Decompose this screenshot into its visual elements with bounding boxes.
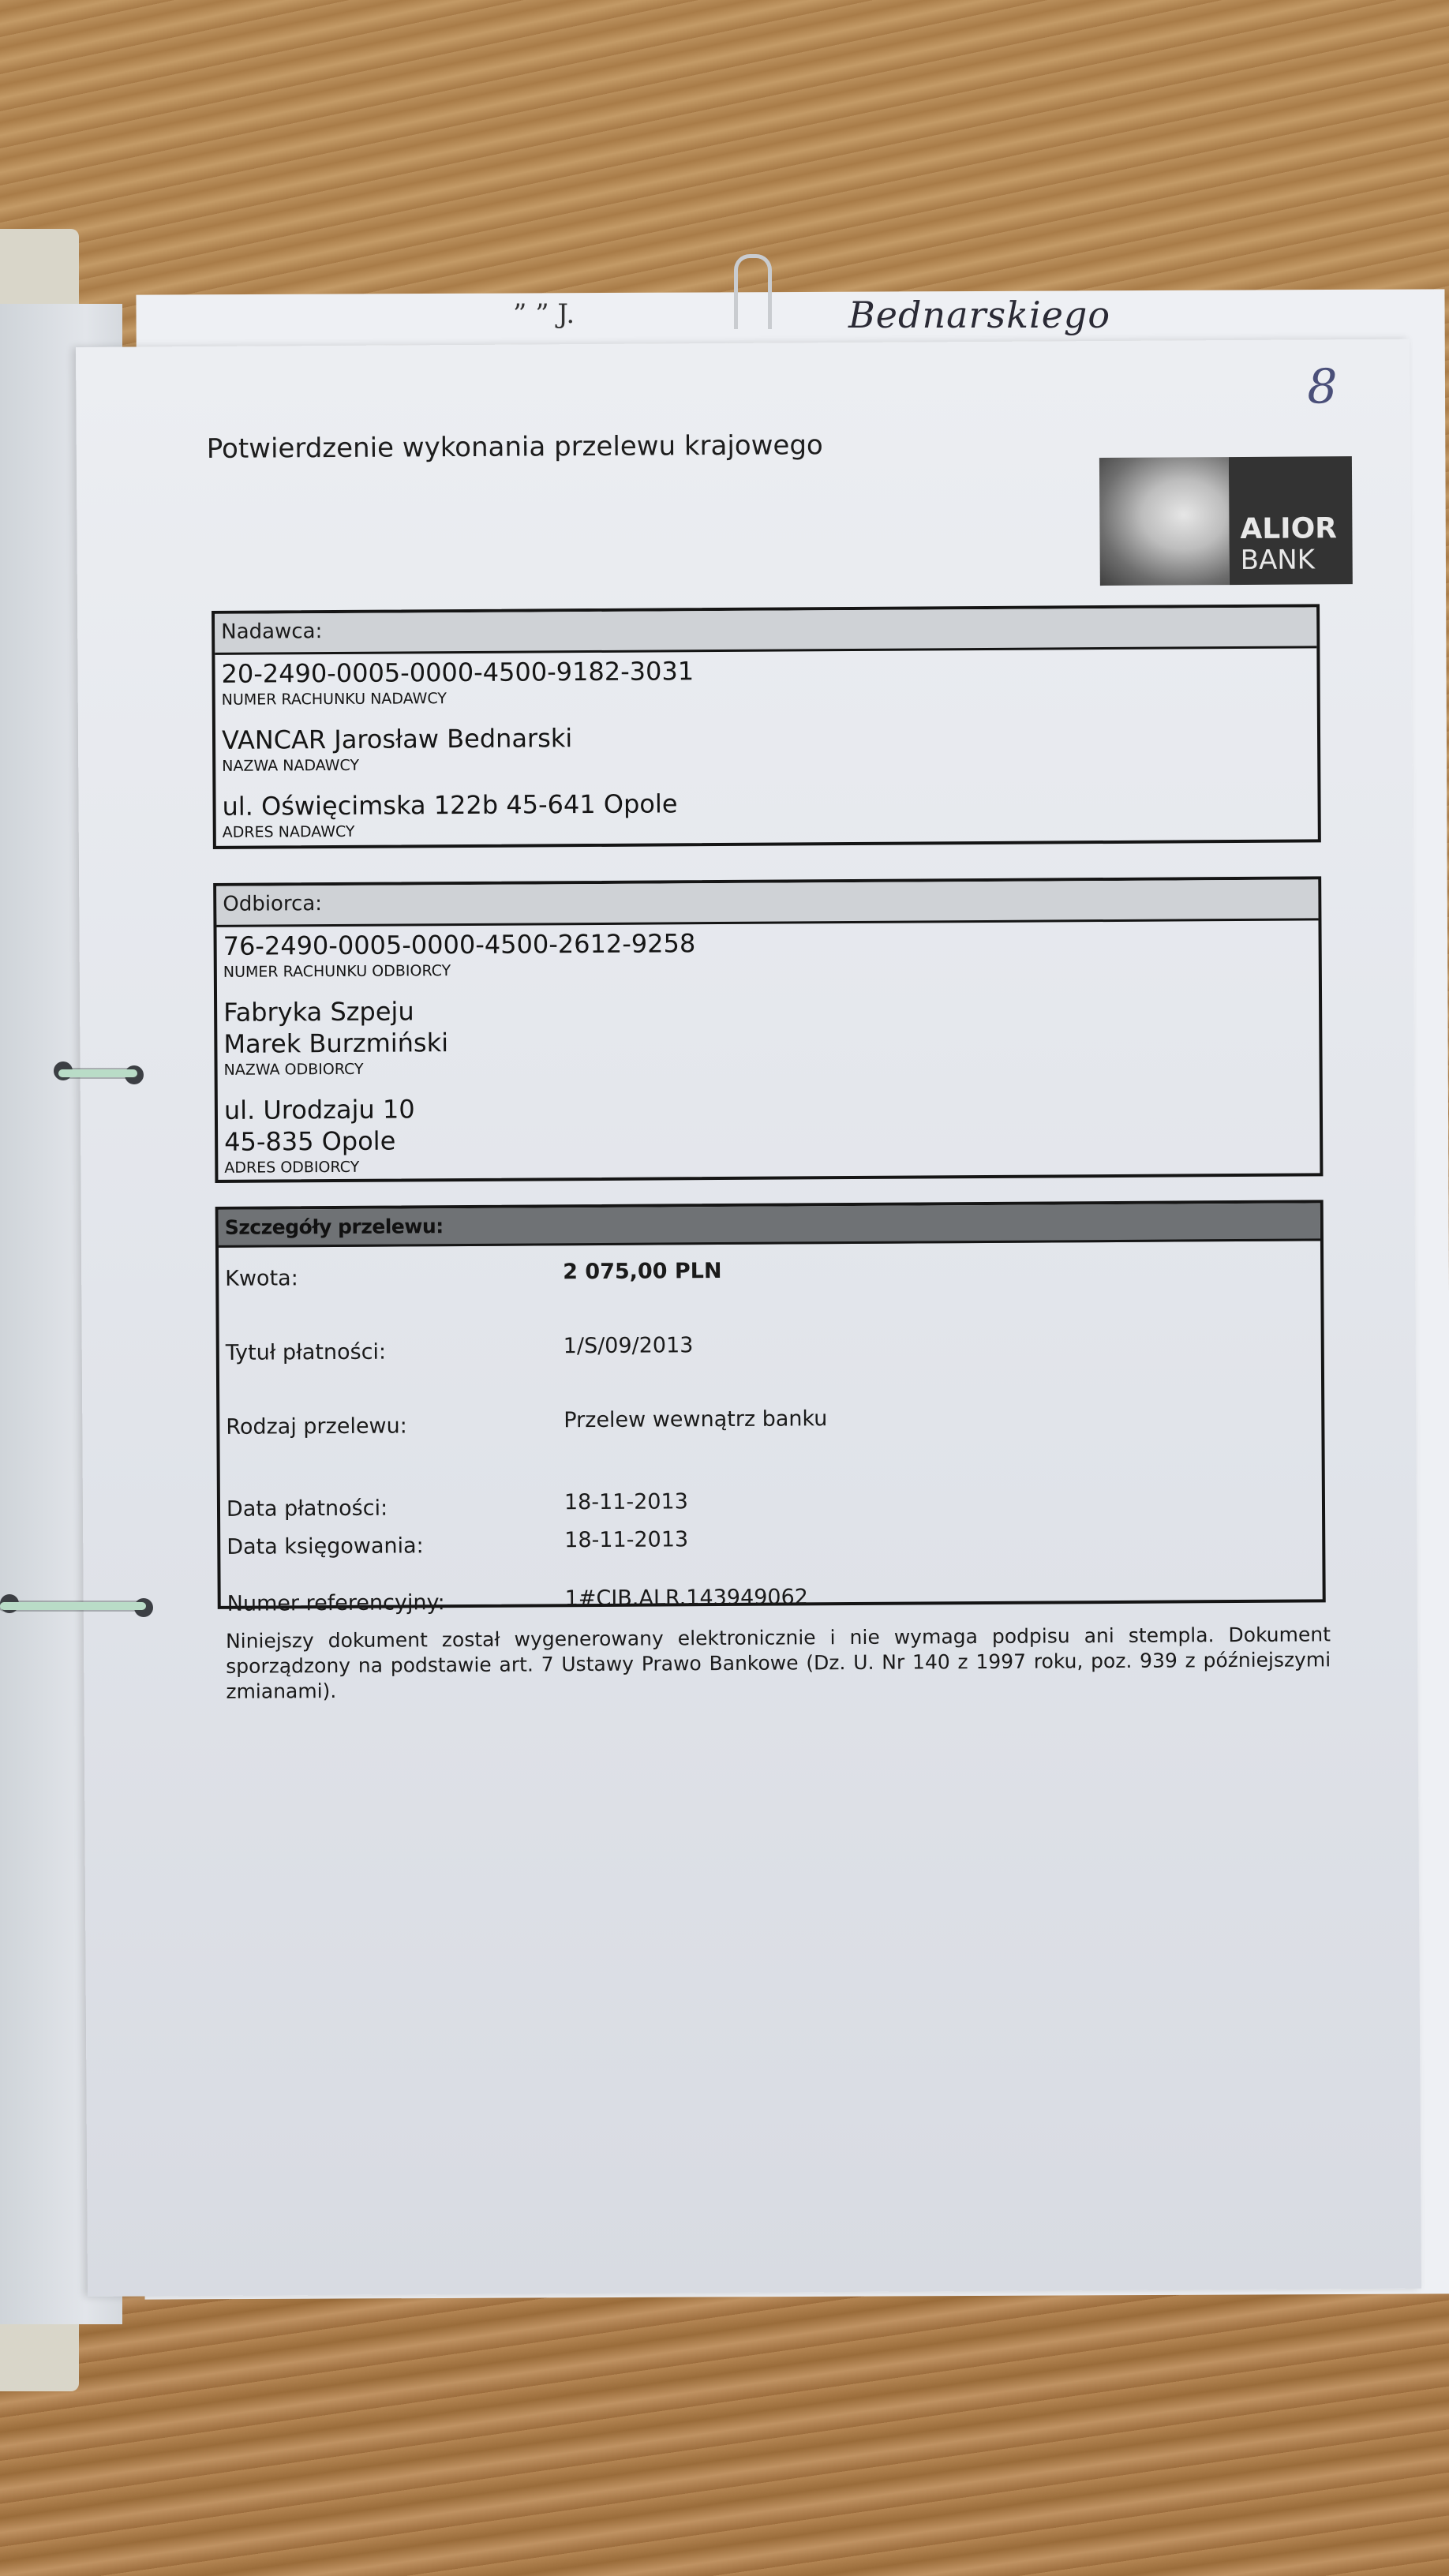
detail-row-title: Tytuł płatności: 1/S/09/2013 (219, 1315, 1322, 1396)
confirmation-page: 8 Potwierdzenie wykonania przelewu krajo… (76, 339, 1421, 2297)
detail-value-reference: 1#CIB.ALR.143949062 (565, 1585, 808, 1611)
details-header: Szczegóły przelewu: (219, 1203, 1320, 1248)
paperclip-icon (734, 254, 772, 329)
document-title: Potwierdzenie wykonania przelewu krajowe… (207, 429, 823, 465)
detail-value-booking-date: 18-11-2013 (564, 1527, 688, 1552)
detail-row-amount: Kwota: 2 075,00 PLN (219, 1241, 1321, 1322)
detail-value-title: 1/S/09/2013 (563, 1333, 694, 1358)
detail-value-type: Przelew wewnątrz banku (563, 1406, 827, 1432)
binder-ring-icon (0, 1602, 146, 1610)
detail-value-amount: 2 075,00 PLN (563, 1259, 722, 1284)
handwritten-marks: ” ” J. (513, 298, 575, 330)
logo-line-2: BANK (1241, 545, 1353, 575)
detail-row-payment-date: Data płatności: 18-11-2013 (220, 1471, 1322, 1516)
detail-row-type: Rodzaj przelewu: Przelew wewnątrz banku (219, 1389, 1322, 1470)
legal-footer-note: Niniejszy dokument został wygenerowany e… (226, 1622, 1331, 1705)
handwritten-note: Bednarskiego (848, 294, 1110, 336)
logo-text-box: ALIOR BANK (1229, 456, 1353, 585)
bank-logo-face-icon (1099, 457, 1230, 586)
detail-value-payment-date: 18-11-2013 (564, 1489, 688, 1515)
detail-label: Numer referencyjny: (227, 1590, 445, 1616)
recipient-section: Odbiorca: 76-2490-0005-0000-4500-2612-92… (213, 876, 1323, 1183)
detail-label: Tytuł płatności: (226, 1340, 386, 1365)
transfer-details-section: Szczegóły przelewu: Kwota: 2 075,00 PLN … (215, 1200, 1326, 1609)
detail-row-booking-date: Data księgowania: 18-11-2013 (220, 1509, 1322, 1554)
logo-line-1: ALIOR (1240, 513, 1352, 545)
detail-label: Rodzaj przelewu: (226, 1413, 407, 1439)
alior-bank-logo: ALIOR BANK (1099, 456, 1353, 586)
detail-label: Kwota: (225, 1266, 298, 1291)
recipient-header: Odbiorca: (216, 879, 1318, 927)
binder-ring-icon (58, 1069, 137, 1077)
sender-section: Nadawca: 20-2490-0005-0000-4500-9182-303… (212, 604, 1321, 849)
detail-label: Data księgowania: (227, 1533, 424, 1559)
desk-surface (0, 2289, 1449, 2576)
handwritten-page-number: 8 (1307, 359, 1338, 414)
sender-header: Nadawca: (215, 607, 1316, 655)
